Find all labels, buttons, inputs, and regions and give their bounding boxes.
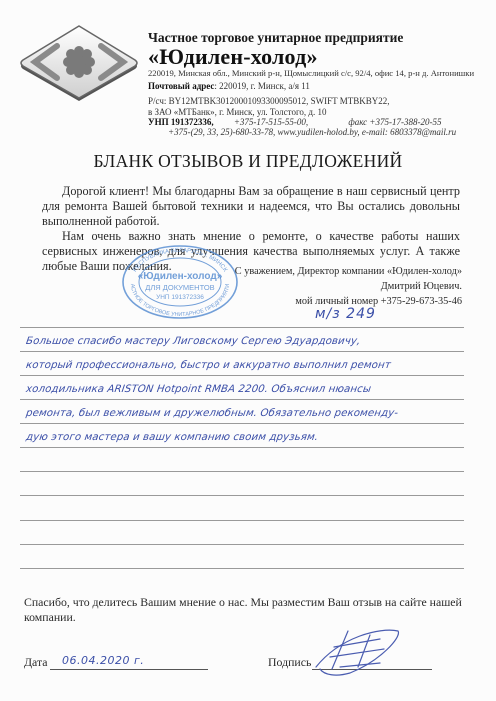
company-logo-icon (17, 22, 141, 102)
feedback-line (20, 495, 464, 496)
greeting-paragraph: Дорогой клиент! Мы благодарны Вам за обр… (42, 184, 460, 229)
svg-text:«Юдилен-холод»: «Юдилен-холод» (138, 271, 223, 282)
bank-name-line: в ЗАО «МТБанк», г. Минск, ул. Толстого, … (148, 107, 326, 117)
svg-text:РЕСПУБЛИКА БЕЛАРУСЬ г. МИНСК: РЕСПУБЛИКА БЕЛАРУСЬ г. МИНСК (132, 248, 228, 274)
feedback-line (20, 544, 464, 545)
svg-text:ДЛЯ ДОКУМЕНТОВ: ДЛЯ ДОКУМЕНТОВ (145, 283, 214, 292)
greeting-text: Дорогой клиент! Мы благодарны Вам за обр… (42, 184, 460, 228)
phone: +375-17-515-55-00, (234, 117, 308, 127)
feedback-text-line: дую этого мастера и вашу компанию своим … (25, 432, 319, 443)
postal-label: Почтовый адрес (148, 81, 214, 91)
postal-value: : 220019, г. Минск, а/я 11 (214, 81, 309, 91)
form-title: БЛАНК ОТЗЫВОВ И ПРЕДЛОЖЕНИЙ (0, 151, 496, 172)
feedback-line (20, 351, 464, 352)
bank-account-line: Р/сч: BY12MTBK30120001093300095012, SWIF… (148, 96, 389, 106)
signature-label: Подпись (268, 655, 311, 670)
company-stamp: РЕСПУБЛИКА БЕЛАРУСЬ г. МИНСК ЧАСТНОЕ ТОР… (121, 244, 239, 320)
feedback-line (20, 520, 464, 521)
feedback-text-line: Большое спасибо мастеру Лиговскому Серге… (25, 336, 361, 347)
feedback-text-line: который профессионально, быстро и аккура… (25, 360, 391, 371)
company-name: «Юдилен-холод» (148, 44, 318, 70)
feedback-line (20, 447, 464, 448)
legal-address: 220019, Минская обл., Минский р-н, Щомыс… (148, 68, 474, 78)
feedback-line (20, 375, 464, 376)
date-label: Дата (24, 655, 48, 670)
fax: факс +375-17-388-20-55 (348, 117, 441, 127)
closing-line: С уважением, Директор компании «Юдилен-х… (235, 266, 462, 277)
feedback-text-line: ремонта, был вежливым и дружелюбным. Обя… (25, 408, 399, 419)
feedback-line (20, 399, 464, 400)
date-field[interactable] (50, 669, 208, 670)
feedback-form-page: Частное торговое унитарное предприятие «… (0, 0, 496, 701)
contacts-line: +375-(29, 33, 25)-680-33-78, www.yudilen… (168, 127, 456, 137)
svg-text:УНП 191372336: УНП 191372336 (156, 294, 204, 301)
feedback-line (20, 568, 464, 569)
feedback-line (20, 327, 464, 328)
signature-mark (310, 617, 402, 679)
unp-label: УНП 191372336, (148, 117, 214, 127)
order-number: м/з 249 (315, 306, 376, 322)
date-value: 06.04.2020 г. (62, 654, 144, 667)
director-name: Дмитрий Юцевич. (381, 281, 462, 292)
unp-phone-line: УНП 191372336, +375-17-515-55-00, факс +… (148, 117, 488, 127)
feedback-line (20, 423, 464, 424)
feedback-text-line: холодильника ARISTON Hotpoint RMBA 2200.… (25, 384, 371, 395)
feedback-line (20, 471, 464, 472)
postal-address: Почтовый адрес: 220019, г. Минск, а/я 11 (148, 81, 310, 91)
